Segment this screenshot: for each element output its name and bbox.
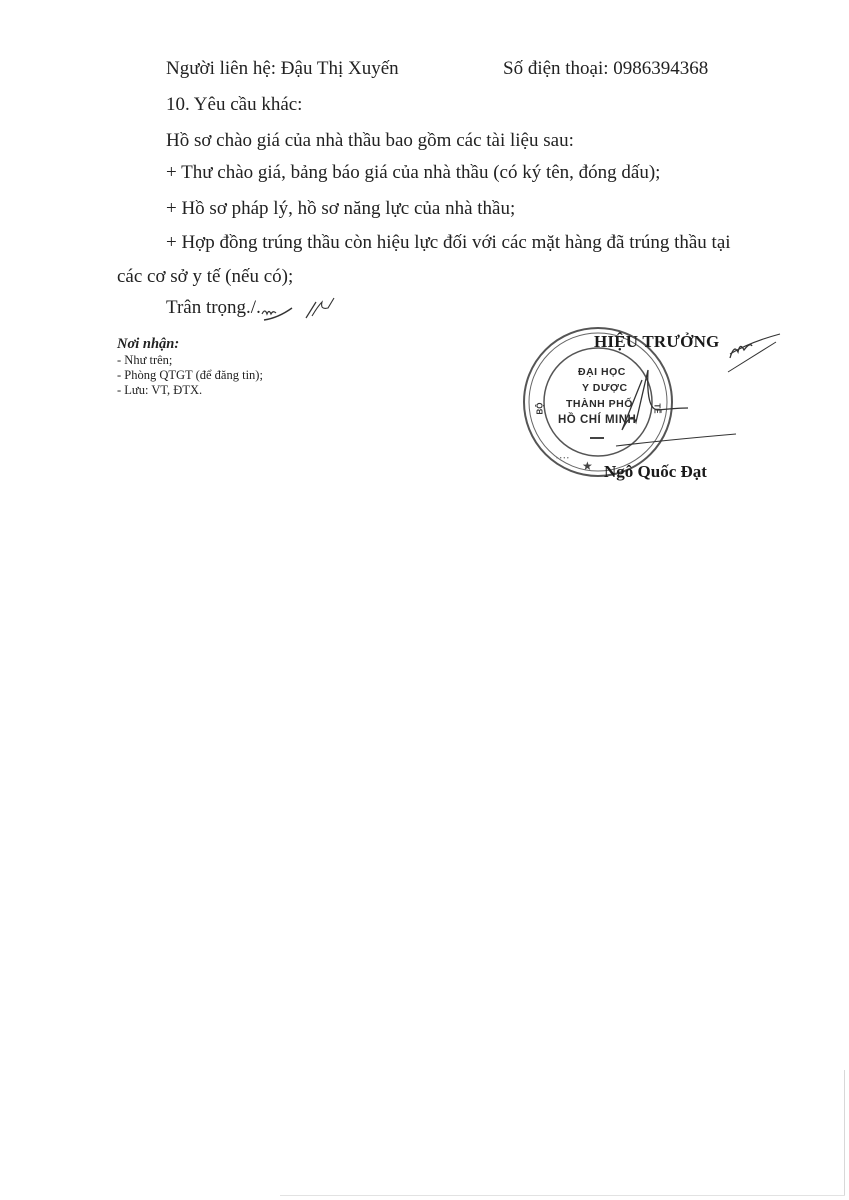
contact-person: Người liên hệ: Đậu Thị Xuyến [166,58,399,80]
document-page: Người liên hệ: Đậu Thị Xuyến Số điện tho… [0,0,849,1200]
contact-phone: Số điện thoại: 0986394368 [503,58,708,80]
signatory-name: Ngô Quốc Đạt [604,462,707,482]
closing-salutation: Trân trọng./. [166,297,261,319]
recipient-item: - Phòng QTGT (để đăng tin); [117,368,263,383]
requirement-item-continued: các cơ sở y tế (nếu có); [117,266,293,288]
signature-block: ★ • • • • ĐẠI HỌC Y DƯỢC THÀNH PHỐ HỒ CH… [520,320,800,500]
section-heading: 10. Yêu cầu khác: [166,94,302,116]
scan-edge-right [844,1070,845,1196]
requirement-item: + Hợp đồng trúng thầu còn hiệu lực đối v… [166,232,731,254]
recipients-block: Nơi nhận: - Như trên; - Phòng QTGT (để đ… [117,336,263,398]
requirements-intro: Hồ sơ chào giá của nhà thầu bao gồm các … [166,130,574,152]
requirement-item: + Thư chào giá, bảng báo giá của nhà thầ… [166,162,660,184]
requirement-item: + Hồ sơ pháp lý, hồ sơ năng lực của nhà … [166,198,515,220]
recipient-item: - Lưu: VT, ĐTX. [117,383,263,398]
scan-edge-bottom [280,1195,845,1196]
handwritten-initials-icon [260,296,340,322]
recipient-item: - Như trên; [117,353,263,368]
recipients-title: Nơi nhận: [117,336,263,353]
